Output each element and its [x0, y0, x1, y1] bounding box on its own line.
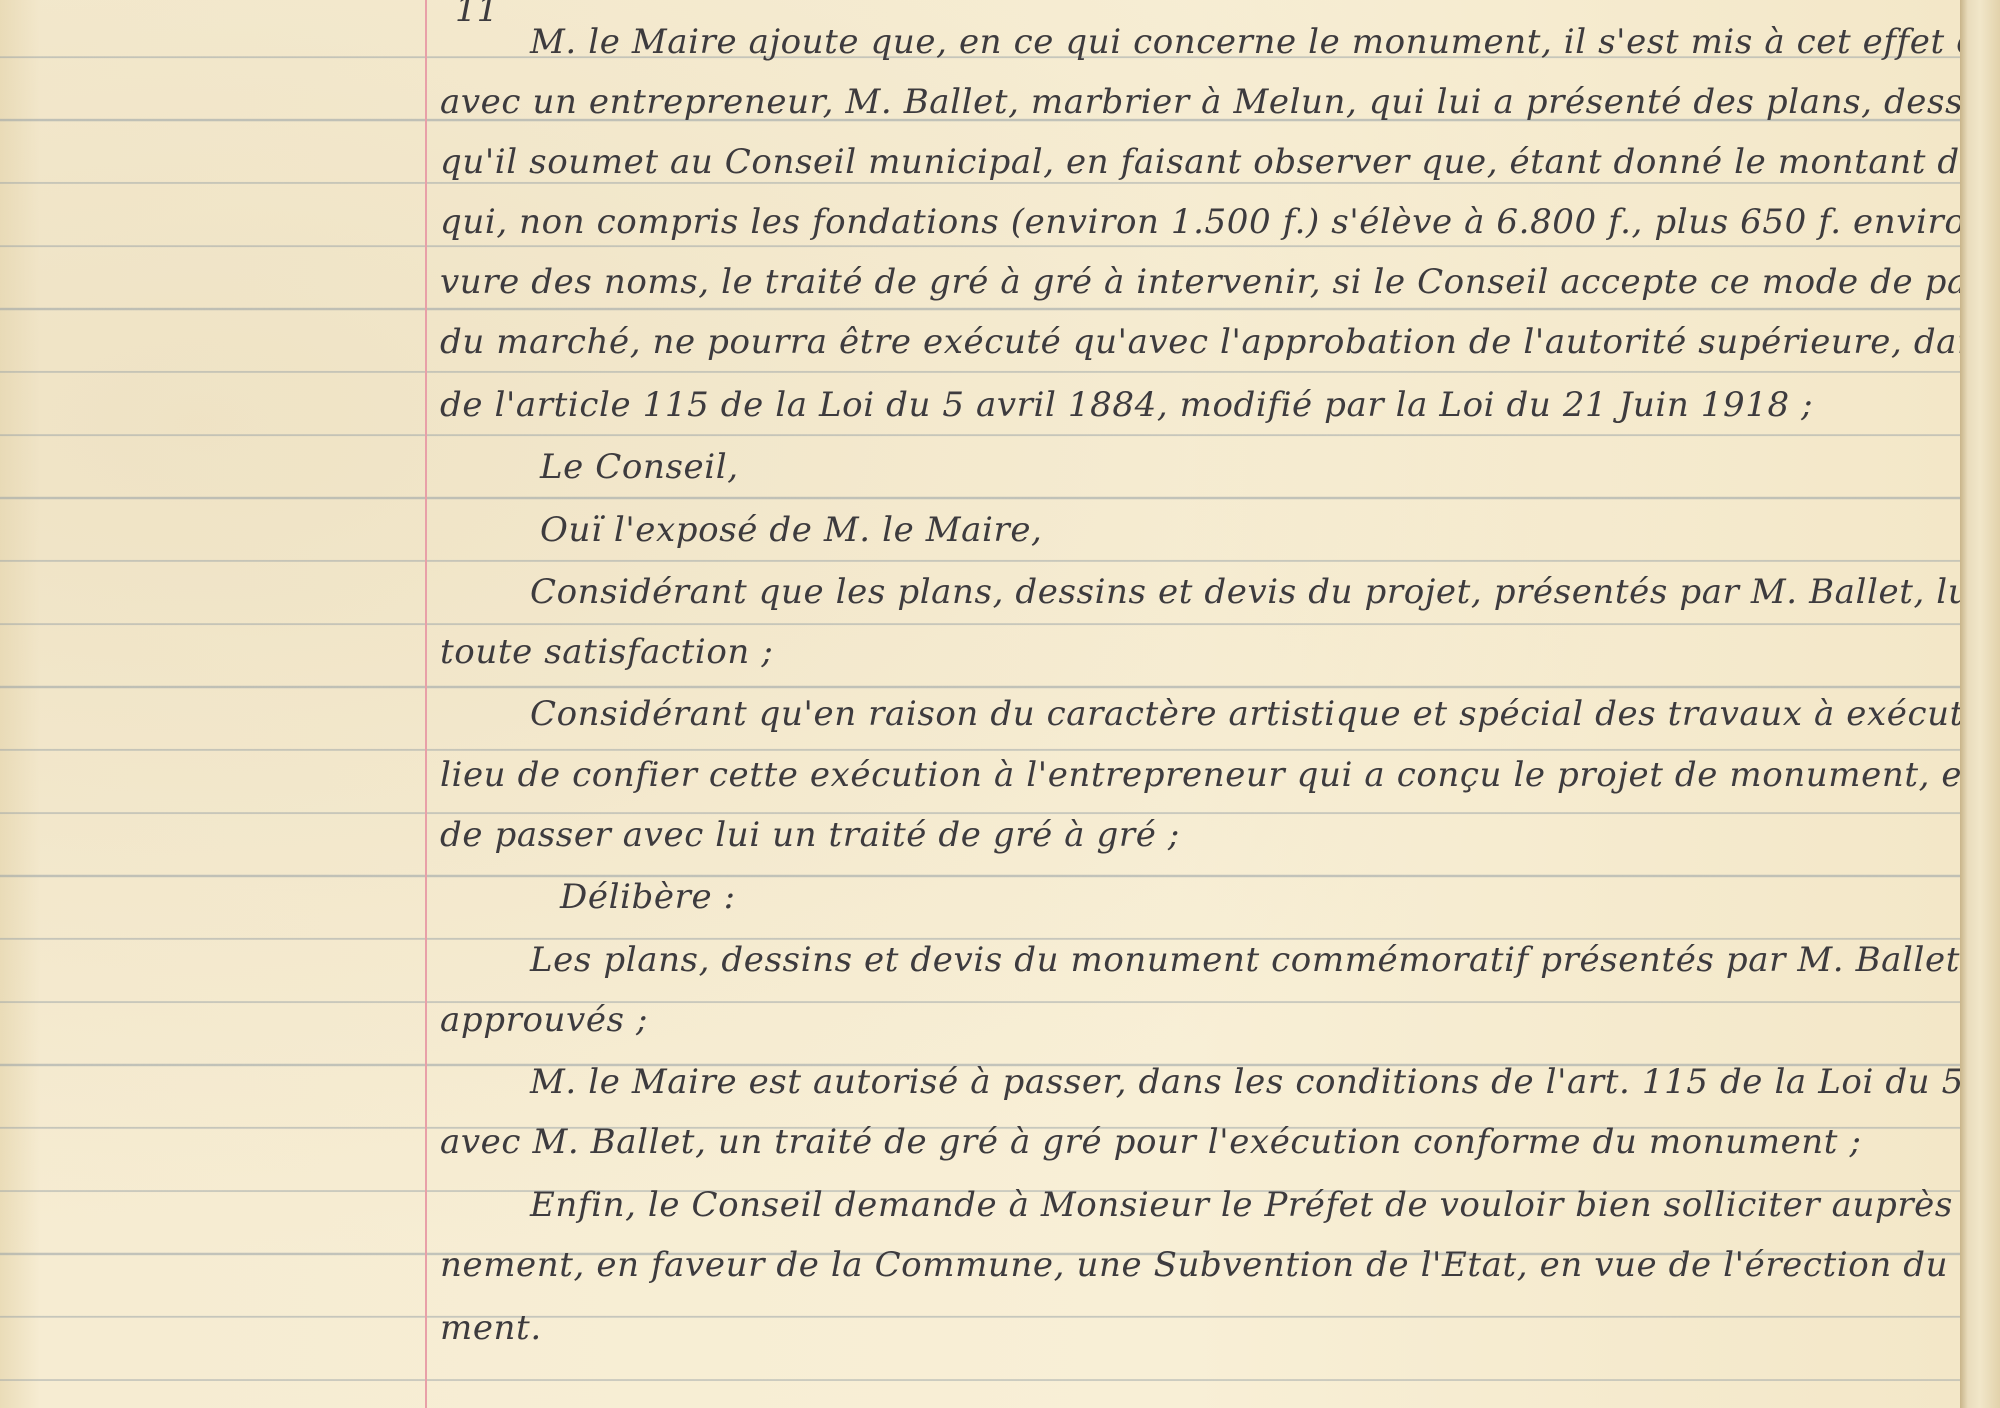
- text-line-18: M. le Maire est autorisé à passer, dans …: [530, 1062, 2000, 1102]
- text-line-14: de passer avec lui un traité de gré à gr…: [440, 815, 1180, 855]
- text-line-19: avec M. Ballet, un traité de gré à gré p…: [440, 1122, 1862, 1162]
- top-stray-mark: 11: [455, 0, 498, 30]
- text-line-3: qu'il soumet au Conseil municipal, en fa…: [440, 142, 2000, 182]
- text-line-13: lieu de confier cette exécution à l'entr…: [440, 755, 2000, 795]
- text-line-2: avec un entrepreneur, M. Ballet, marbrie…: [440, 82, 2000, 122]
- text-line-6: du marché, ne pourra être exécuté qu'ave…: [440, 322, 2000, 362]
- text-line-16: Les plans, dessins et devis du monument …: [530, 940, 2000, 980]
- text-line-22: ment.: [440, 1308, 542, 1348]
- text-line-12: Considérant qu'en raison du caractère ar…: [530, 694, 2000, 734]
- register-page: 11 M. le Maire ajoute que, en ce qui con…: [0, 0, 1960, 1408]
- text-line-9: Ouï l'exposé de M. le Maire,: [540, 510, 1042, 550]
- text-line-15: Délibère :: [560, 877, 736, 917]
- text-line-1: M. le Maire ajoute que, en ce qui concer…: [530, 22, 2000, 62]
- text-line-20: Enfin, le Conseil demande à Monsieur le …: [530, 1185, 2000, 1225]
- red-margin-line: [425, 0, 427, 1408]
- text-line-17: approuvés ;: [440, 1000, 648, 1040]
- text-line-7: de l'article 115 de la Loi du 5 avril 18…: [440, 385, 1813, 425]
- text-line-4: qui, non compris les fondations (environ…: [440, 202, 2000, 242]
- text-line-11: toute satisfaction ;: [440, 632, 773, 672]
- text-line-5: vure des noms, le traité de gré à gré à …: [440, 262, 2000, 302]
- book-binding-edge: [1960, 0, 2000, 1408]
- text-line-10: Considérant que les plans, dessins et de…: [530, 572, 2000, 612]
- text-line-21: nement, en faveur de la Commune, une Sub…: [440, 1245, 2000, 1285]
- text-line-8: Le Conseil,: [540, 447, 739, 487]
